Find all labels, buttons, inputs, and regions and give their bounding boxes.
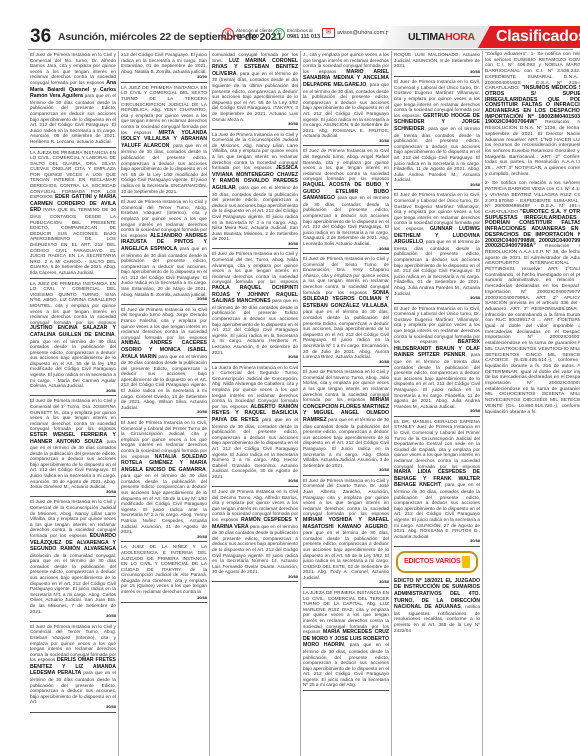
legal-notice: El Juez de Primera Instancia en lo Civil… xyxy=(121,306,207,418)
column-3: comunidad conyugal formada por los Sres.… xyxy=(210,51,301,756)
legal-notice: LA JUEZ DE LA NIÑEZ Y LA ADOLESCENCIA E … xyxy=(121,543,207,603)
column-2: 212 del Código Civil Paraguayo. El juici… xyxy=(119,51,210,756)
legal-notice: "Código Aduanero". 1- Se notifica con re… xyxy=(485,51,580,179)
legal-notice: El Juez de Primera Instancia en lo Civil… xyxy=(212,488,298,582)
legal-notice: LA JUEZA DE PRIMERA INSTANCIA EN LO CIVI… xyxy=(303,589,389,691)
legal-notice: EDICTO Nº 18/2021 EL JUZGADO DE INSTRUCC… xyxy=(394,577,480,635)
contact-value[interactable]: 0981 111 013 xyxy=(287,34,320,40)
legal-notice: El Juez de Primera Instancia en lo Civil… xyxy=(30,498,116,621)
legal-notice: El Juez de Primera Instancia en lo Civil… xyxy=(303,477,389,588)
column-6: "Código Aduanero". 1- Se notifica con re… xyxy=(483,51,580,756)
envelope-icon: ✉ xyxy=(322,28,335,38)
legal-notice: El Juez de Primera Instancia en lo Civil… xyxy=(30,623,116,713)
ultimahora-logo: ULTIMAHORA xyxy=(408,30,475,44)
tag-icon xyxy=(462,556,470,568)
column-1: El Juez de Primera Instancia en lo Civil… xyxy=(28,51,119,756)
whatsapp-contact: ✆ Escribinos al 0981 111 013 xyxy=(273,28,320,40)
legal-notice: El Juez de Primera Instancia en lo Civil… xyxy=(30,397,116,497)
legal-notice: La Juez de Primera Instancia en lo Civil… xyxy=(212,131,298,250)
legal-notice: El Juez de Primera Instancia en lo Civil… xyxy=(303,255,389,367)
legal-notice: El Juez de Primera Instancia en lo Civil… xyxy=(303,368,389,476)
whatsapp-icon: ✆ xyxy=(273,28,285,40)
page-header: 36 Asunción, miércoles 22 de septiembre … xyxy=(0,26,580,48)
legal-notice: 212 del Código Civil Paraguayo. El juici… xyxy=(121,51,207,83)
contact-value[interactable]: 415 7000 xyxy=(236,34,274,40)
phone-icon: ✆ xyxy=(222,28,234,40)
banner-label: EDICTOS VARIOS xyxy=(404,559,460,565)
legal-notice: El Juez de Primera Instancia en lo Civil… xyxy=(394,305,480,417)
legal-notice: LA JUEZ DE PRIMERA INSTANCIA EN LO CIVIL… xyxy=(30,280,116,397)
legal-notice: La Jueza de Primera Instancia en lo Civi… xyxy=(212,364,298,487)
page-number: 36 xyxy=(30,26,51,48)
legal-notice: ROQUE LUIS MALDONADO, Actuario Judicial.… xyxy=(394,51,480,77)
edictos-varios-banner: EDICTOS VARIOS xyxy=(396,551,478,573)
header-divider xyxy=(28,49,573,50)
column-5: ROQUE LUIS MALDONADO, Actuario Judicial.… xyxy=(392,51,483,756)
logo-ultima: ULTIMA xyxy=(408,31,445,43)
classifieds-columns: El Juez de Primera Instancia en lo Civil… xyxy=(28,51,573,756)
brand-banner: ULTIMAHORA Clasificados xyxy=(378,26,580,48)
legal-notice: LA JUEZ DE PRIMERA INSTANCIA EN LO CIVIL… xyxy=(121,84,207,197)
logo-hora: HORA xyxy=(445,31,475,43)
legal-notice: El Juez de Primera Instancia en lo Civil… xyxy=(212,250,298,362)
section-tab: Clasificados xyxy=(478,26,580,48)
legal-notice: LA JUEZA DE PRIMERA INSTANCIA EN LO CIVI… xyxy=(30,149,116,279)
legal-notice: El Juez de Primera Instancia en lo Civil… xyxy=(121,198,207,305)
customer-service-contact: ✆ Atención al cliente: 415 7000 xyxy=(222,28,274,40)
legal-notice: El Juez de Primera Instancia en lo Civil… xyxy=(303,147,389,254)
legal-notice: EL DR. MANUEL GERALDO SAPIENA STANLEY Ju… xyxy=(394,418,480,547)
column-4: J., cita y emplaza por quince veces a lo… xyxy=(301,51,392,756)
legal-notice: J., cita y emplaza por quince veces a lo… xyxy=(303,51,389,146)
legal-notice: El Juez de Primera Instancia en lo Civil… xyxy=(121,419,207,542)
legal-notice: 2- Se notifica con relación a los señore… xyxy=(485,180,580,421)
legal-notice: El Juez de Primera Instancia en lo Civil… xyxy=(30,51,116,148)
legal-notice: El Juez de Primera Instancia en lo Civil… xyxy=(394,191,480,303)
legal-notice: comunidad conyugal formada por los Sres.… xyxy=(212,51,298,130)
legal-notice: El Juez de Primera Instancia en lo Civil… xyxy=(394,78,480,190)
section-title: Clasificados xyxy=(496,27,580,47)
